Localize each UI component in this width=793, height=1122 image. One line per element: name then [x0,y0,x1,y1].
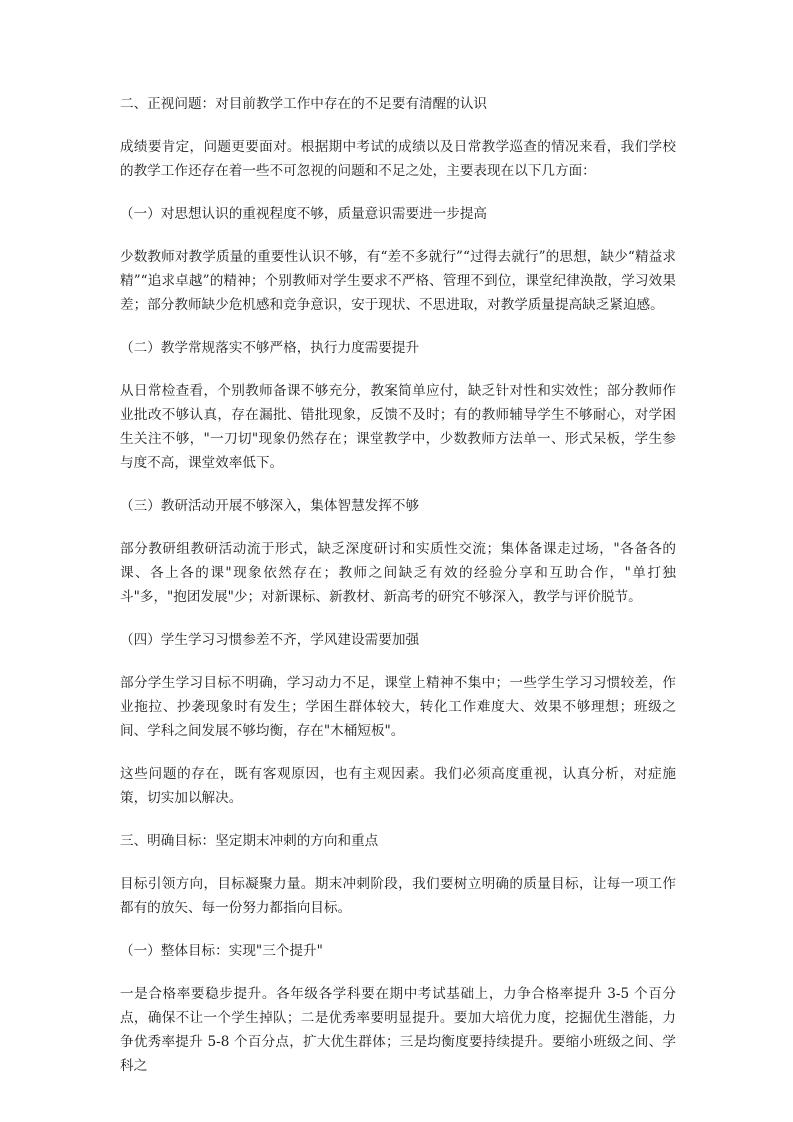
document-page: 二、正视问题：对目前教学工作中存在的不足要有清醒的认识 成绩要肯定，问题更要面对… [120,92,676,1097]
paragraph-3-intro: 目标引领方向，目标凝聚力量。期末冲刺阶段，我们要树立明确的质量目标，让每一项工作… [120,872,676,920]
section-heading-3: 三、明确目标：坚定期末冲刺的方向和重点 [120,829,676,853]
paragraph-2-3: 部分教研组教研活动流于形式，缺乏深度研讨和实质性交流；集体备课走过场，"各备各的… [120,537,676,609]
subheading-2-2: （二）教学常规落实不够严格，执行力度需要提升 [120,336,676,360]
subheading-2-1: （一）对思想认识的重视程度不够，质量意识需要进一步提高 [120,202,676,226]
section-heading-2: 二、正视问题：对目前教学工作中存在的不足要有清醒的认识 [120,92,676,116]
subheading-3-1: （一）整体目标：实现"三个提升" [120,939,676,963]
paragraph-3-1: 一是合格率要稳步提升。各年级各学科要在期中考试基础上，力争合格率提升 3-5 个… [120,982,676,1078]
paragraph-2-1: 少数教师对教学质量的重要性认识不够，有“差不多就行”“过得去就行”的思想，缺少“… [120,245,676,317]
paragraph-intro: 成绩要肯定，问题更要面对。根据期中考试的成绩以及日常教学巡查的情况来看，我们学校… [120,135,676,183]
paragraph-summary: 这些问题的存在，既有客观原因，也有主观因素。我们必须高度重视，认真分析，对症施策… [120,762,676,810]
subheading-2-4: （四）学生学习习惯参差不齐，学风建设需要加强 [120,628,676,652]
paragraph-2-2: 从日常检查看，个别教师备课不够充分，教案简单应付，缺乏针对性和实效性；部分教师作… [120,379,676,475]
paragraph-2-4: 部分学生学习目标不明确，学习动力不足，课堂上精神不集中；一些学生学习习惯较差，作… [120,671,676,743]
subheading-2-3: （三）教研活动开展不够深入，集体智慧发挥不够 [120,494,676,518]
